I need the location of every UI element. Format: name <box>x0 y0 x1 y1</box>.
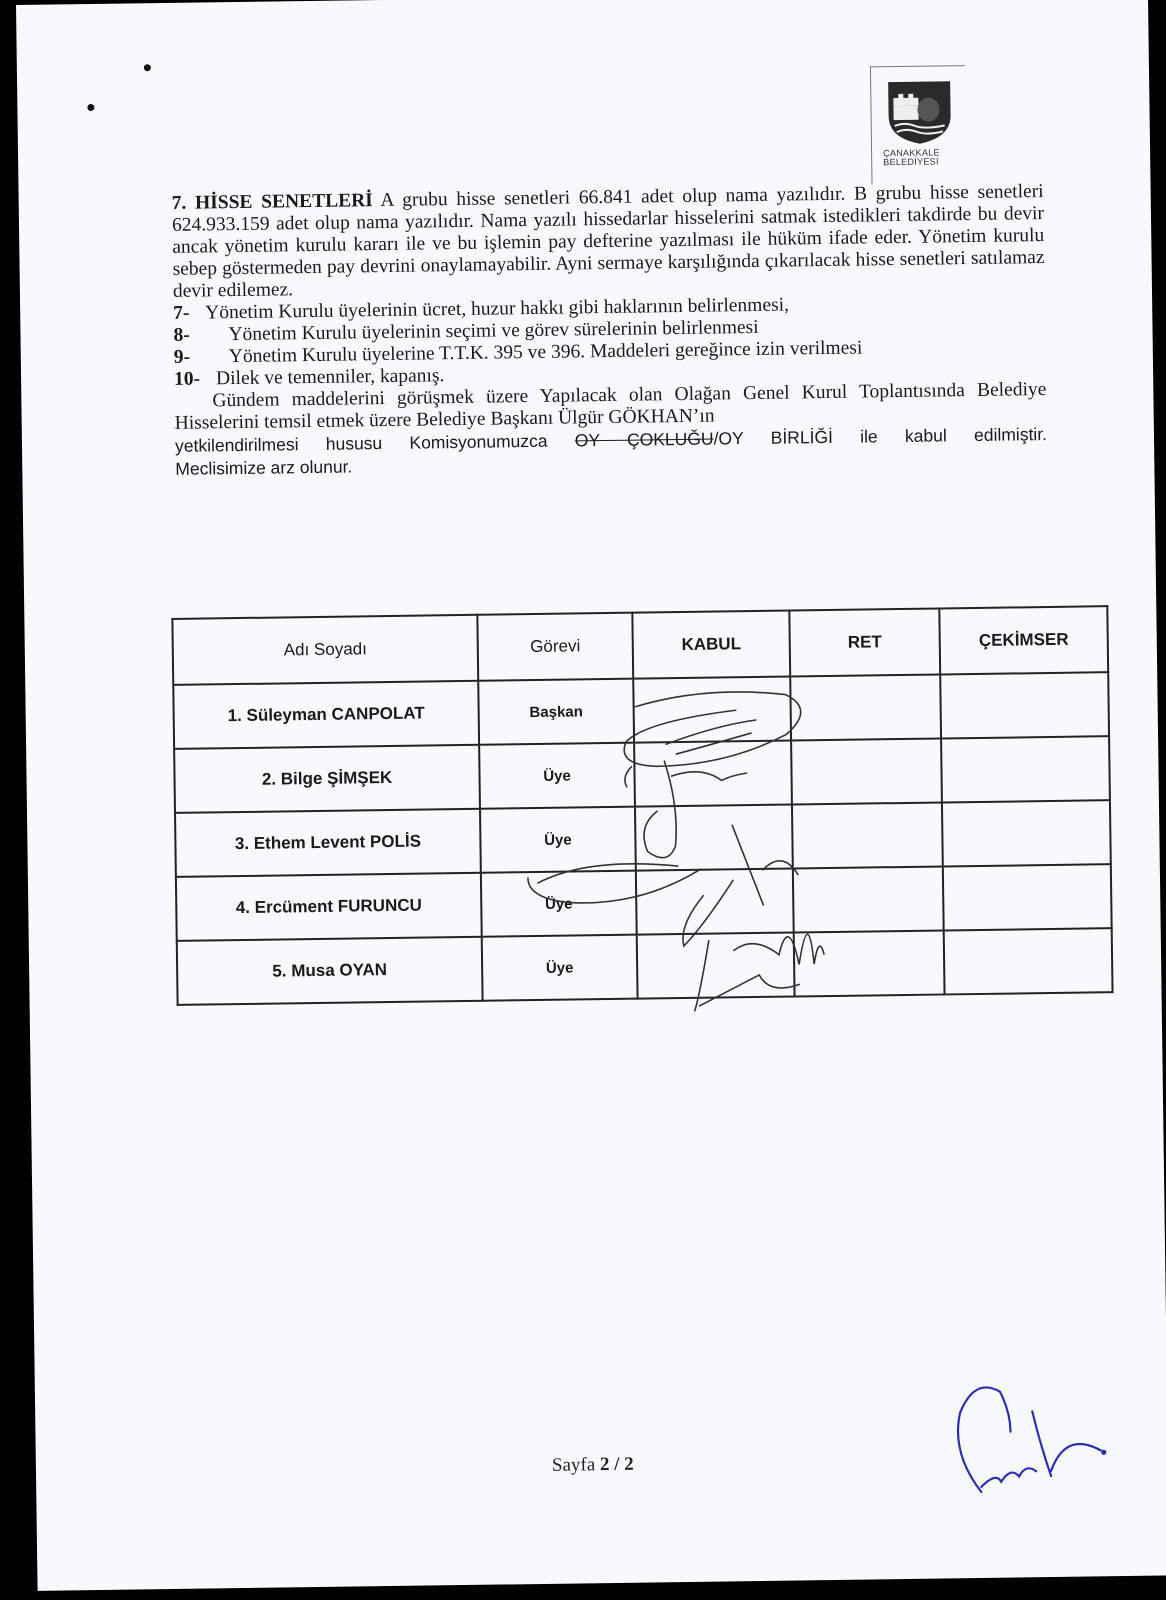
struck-option: OY ÇOKLUĞU <box>575 429 714 451</box>
municipality-crest-icon <box>884 75 955 146</box>
kabul-cell <box>634 741 792 807</box>
cekimser-cell <box>942 800 1111 866</box>
section-paragraph: 7. HİSSE SENETLERİ A grubu hisse senetle… <box>172 181 1045 303</box>
document-page: ÇANAKKALE BELEDİYESİ 7. HİSSE SENETLERİ … <box>16 0 1166 1591</box>
vote-table: Adı Soyadı Görevi KABUL RET ÇEKİMSER 1. … <box>171 605 1113 1006</box>
page-initial-signature-icon <box>940 1370 1142 1503</box>
scan-speck <box>144 64 151 71</box>
header-name: Adı Soyadı <box>172 615 478 685</box>
scan-speck <box>87 104 94 111</box>
ret-cell <box>792 802 943 868</box>
municipality-logo: ÇANAKKALE BELEDİYESİ <box>870 65 972 184</box>
cekimser-cell <box>941 736 1110 802</box>
page-number: Sayfa 2 / 2 <box>552 1454 634 1477</box>
table-row: 5. Musa OYAN Üye <box>177 928 1113 1005</box>
ret-cell <box>790 674 941 740</box>
document-body: 7. HİSSE SENETLERİ A grubu hisse senetle… <box>172 181 1048 481</box>
cekimser-cell <box>940 672 1109 738</box>
ret-cell <box>794 930 945 996</box>
ret-cell <box>791 738 942 804</box>
kabul-cell <box>633 677 791 743</box>
cekimser-cell <box>944 928 1113 994</box>
logo-line-2: BELEDİYESİ <box>883 157 940 167</box>
cekimser-cell <box>943 864 1112 930</box>
header-cekimser: ÇEKİMSER <box>939 606 1108 674</box>
ret-cell <box>793 866 944 932</box>
kabul-cell <box>635 805 793 871</box>
header-role: Görevi <box>477 613 633 681</box>
header-ret: RET <box>789 608 940 676</box>
header-kabul: KABUL <box>632 611 790 679</box>
kabul-cell <box>636 869 794 935</box>
kabul-cell <box>637 932 795 998</box>
section-heading: 7. HİSSE SENETLERİ <box>172 190 373 214</box>
